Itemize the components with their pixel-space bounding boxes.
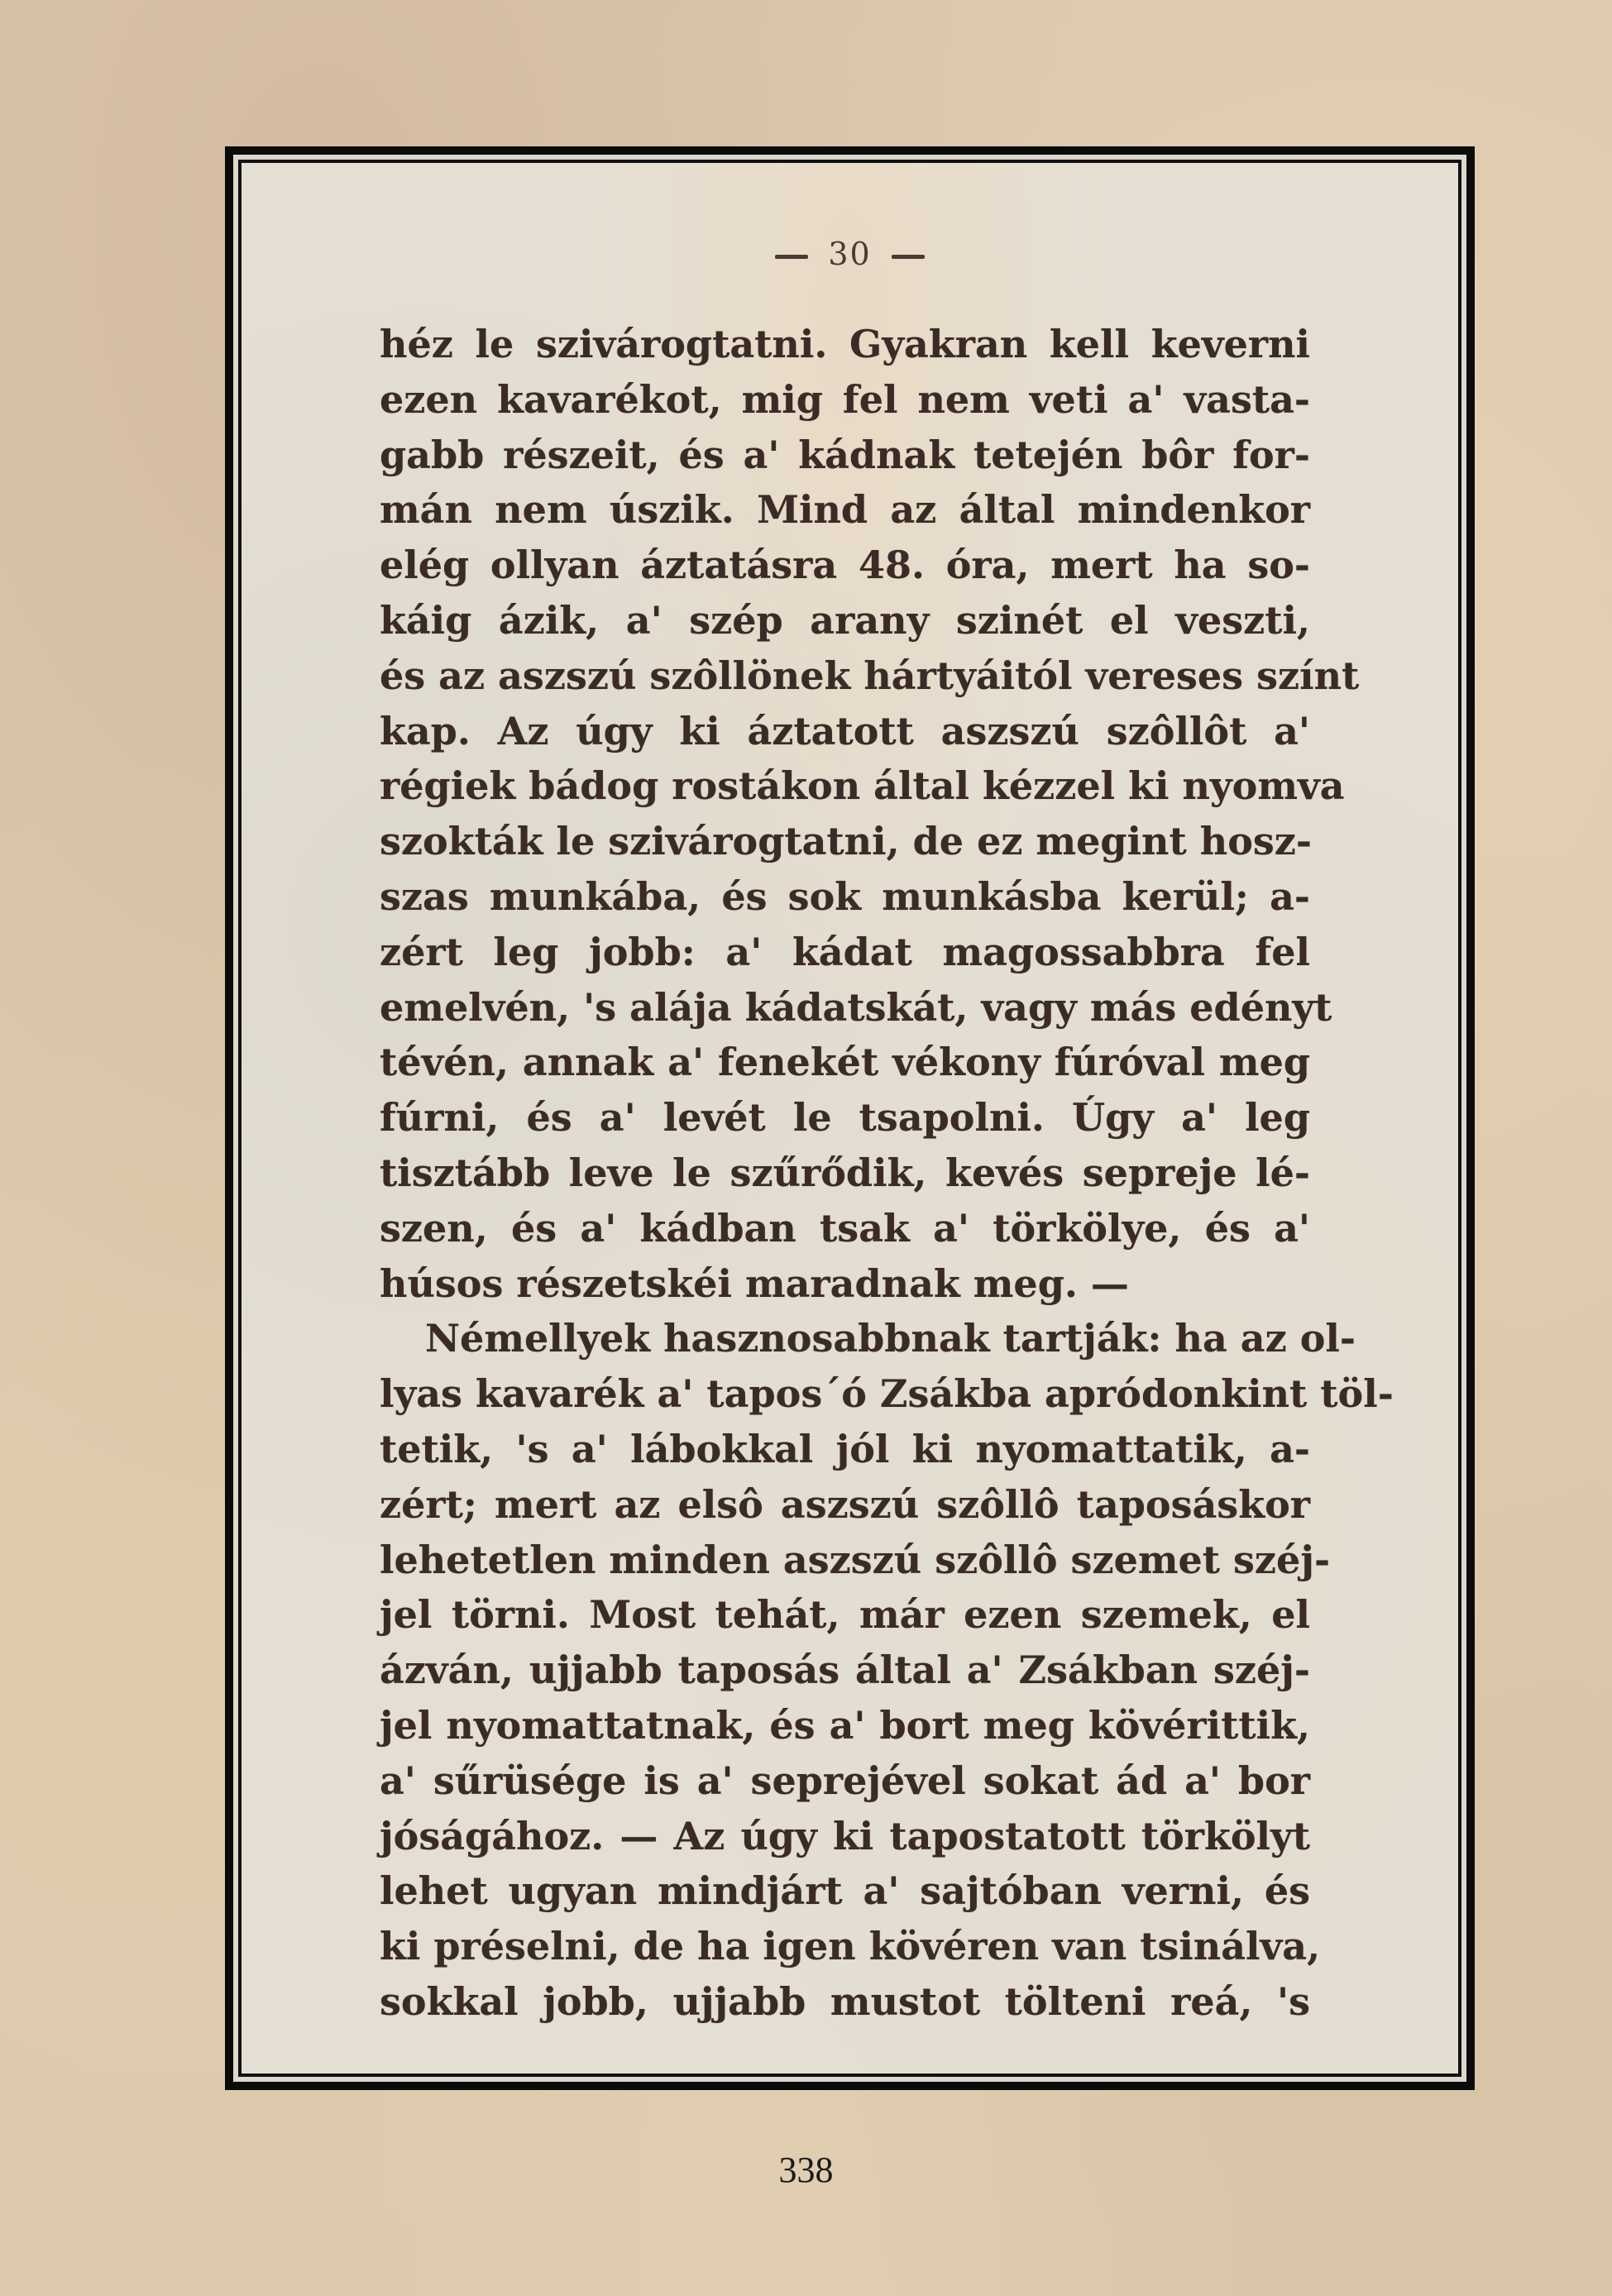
- text-line: lehet ugyan mindjárt a' sajtóban verni, …: [380, 1863, 1310, 1919]
- text-line: lehetetlen minden aszszú szôllô szemet s…: [380, 1533, 1310, 1588]
- text-line: emelvén, 's alája kádatskát, vagy más ed…: [380, 980, 1310, 1036]
- text-line: ki préselni, de ha igen kövéren van tsin…: [380, 1919, 1310, 1974]
- text-line: és az aszszú szôllönek hártyáitól verese…: [380, 648, 1310, 704]
- text-line: tévén, annak a' fenekét vékony fúróval m…: [380, 1035, 1310, 1090]
- text-line: régiek bádog rostákon által kézzel ki ny…: [380, 758, 1310, 814]
- text-line: szokták le szivárogtatni, de ez megint h…: [380, 814, 1310, 869]
- text-line: tisztább leve le szűrődik, kevés sepreje…: [380, 1146, 1310, 1201]
- text-line-paragraph-end: húsos részetskéi maradnak meg. —: [380, 1256, 1310, 1312]
- text-line: kap. Az úgy ki áztatott aszszú szôllôt a…: [380, 704, 1310, 759]
- text-line: káig ázik, a' szép arany szinét el veszt…: [380, 593, 1310, 648]
- text-line: zért leg jobb: a' kádat magossabbra fel: [380, 925, 1310, 980]
- text-line: fúrni, és a' levét le tsapolni. Úgy a' l…: [380, 1090, 1310, 1146]
- text-line: héz le szivárogtatni. Gyakran kell kever…: [380, 317, 1310, 372]
- header-dash-left: [775, 255, 808, 259]
- text-line-paragraph-start: Némellyek hasznosabbnak tartják: ha az o…: [380, 1311, 1310, 1366]
- text-line: gabb részeit, és a' kádnak tetején bôr f…: [380, 428, 1310, 483]
- text-line: tetik, 's a' lábokkal jól ki nyomattatik…: [380, 1422, 1310, 1477]
- page-header: 30: [242, 236, 1458, 272]
- text-line: elég ollyan áztatásra 48. óra, mert ha s…: [380, 538, 1310, 593]
- text-line: jóságához. — Az úgy ki tapostatott törkö…: [380, 1809, 1310, 1864]
- text-line: ázván, ujjabb taposás által a' Zsákban s…: [380, 1643, 1310, 1698]
- text-line: szas munkába, és sok munkásba kerül; a-: [380, 869, 1310, 925]
- text-line: szen, és a' kádban tsak a' törkölye, és …: [380, 1201, 1310, 1256]
- scanned-page: 30 héz le szivárogtatni. Gyakran kell ke…: [238, 160, 1461, 2077]
- text-line: jel törni. Most tehát, már ezen szemek, …: [380, 1587, 1310, 1643]
- text-line: zért; mert az elsô aszszú szôllô taposás…: [380, 1477, 1310, 1533]
- text-line: ezen kavarékot, mig fel nem veti a' vast…: [380, 372, 1310, 428]
- header-dash-right: [892, 255, 925, 259]
- body-text: héz le szivárogtatni. Gyakran kell kever…: [380, 317, 1310, 2030]
- page-frame-outer: 30 héz le szivárogtatni. Gyakran kell ke…: [225, 146, 1475, 2090]
- text-line: jel nyomattatnak, és a' bort meg kövérit…: [380, 1698, 1310, 1753]
- text-line: sokkal jobb, ujjabb mustot tölteni reá, …: [380, 1974, 1310, 2030]
- original-page-number: 30: [828, 236, 871, 272]
- text-line: lyas kavarék a' tapos´ó Zsákba apródonki…: [380, 1366, 1310, 1422]
- page-number: 338: [0, 2149, 1612, 2191]
- text-line: a' sűrüsége is a' seprejével sokat ád a'…: [380, 1753, 1310, 1809]
- text-line: mán nem úszik. Mind az által mindenkor: [380, 482, 1310, 538]
